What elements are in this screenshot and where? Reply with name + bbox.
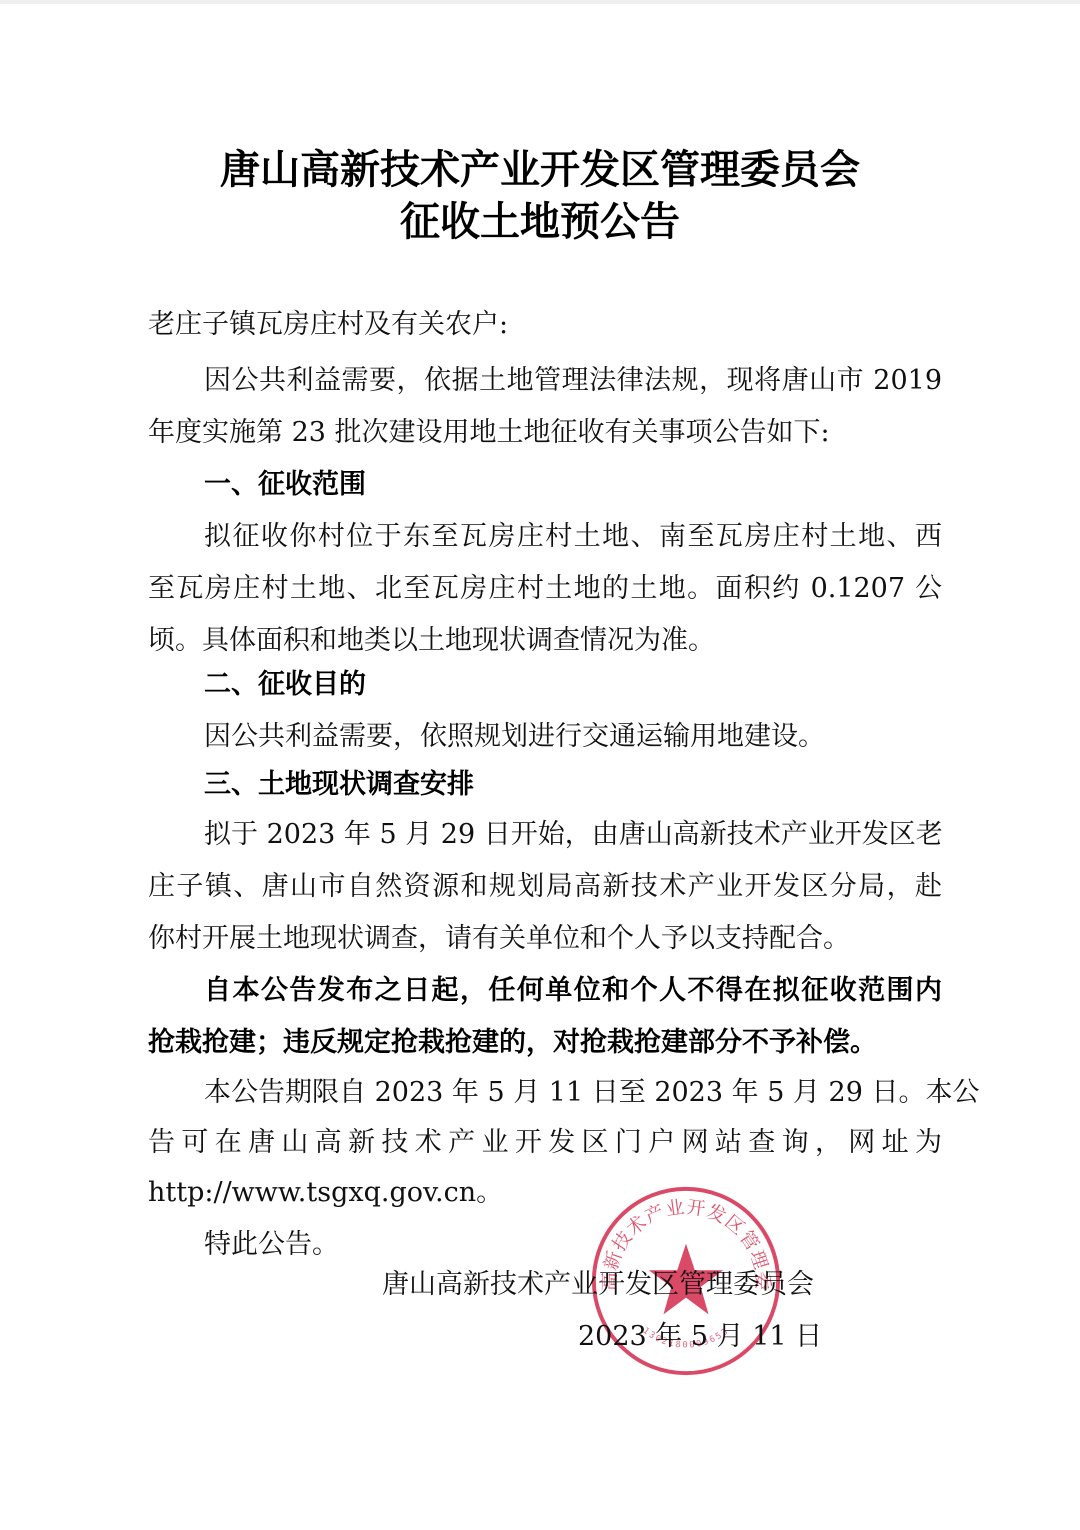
top-edge	[0, 0, 1080, 4]
section-heading-scope: 一、征收范围	[204, 462, 366, 501]
period-line-2: 告可在唐山高新技术产业开发区门户网站查询，网址为	[148, 1120, 942, 1159]
website-url[interactable]: http://www.tsgxq.gov.cn。	[148, 1170, 503, 1209]
document-subtitle: 征收土地预公告	[0, 190, 1080, 247]
scope-line-1: 拟征收你村位于东至瓦房庄村土地、南至瓦房庄村土地、西	[148, 514, 942, 553]
survey-line-2: 庄子镇、唐山市自然资源和规划局高新技术产业开发区分局，赴	[148, 864, 942, 903]
survey-line-1: 拟于 2023 年 5 月 29 日开始，由唐山高新技术产业开发区老	[148, 812, 942, 851]
issuer-signature: 唐山高新技术产业开发区管理委员会	[382, 1262, 814, 1301]
warning-line-2: 抢栽抢建；违反规定抢栽抢建的，对抢栽抢建部分不予补偿。	[148, 1020, 877, 1059]
section-heading-purpose: 二、征收目的	[204, 662, 366, 701]
period-line-1: 本公告期限自 2023 年 5 月 11 日至 2023 年 5 月 29 日。…	[148, 1070, 942, 1109]
issue-date: 2023 年 5 月 11 日	[578, 1314, 822, 1353]
document-title: 唐山高新技术产业开发区管理委员会	[0, 138, 1080, 195]
intro-line-2: 年度实施第 23 批次建设用地土地征收有关事项公告如下:	[148, 410, 830, 449]
scope-line-2: 至瓦房庄村土地、北至瓦房庄村土地的土地。面积约 0.1207 公	[148, 566, 942, 605]
section-heading-survey: 三、土地现状调查安排	[204, 762, 474, 801]
intro-line-1: 因公共利益需要，依据土地管理法律法规，现将唐山市 2019	[148, 358, 942, 397]
purpose-line-1: 因公共利益需要，依照规划进行交通运输用地建设。	[204, 714, 825, 753]
scope-line-3: 顷。具体面积和地类以土地现状调查情况为准。	[148, 618, 715, 657]
warning-line-1: 自本公告发布之日起，任何单位和个人不得在拟征收范围内	[148, 968, 942, 1007]
closing-text: 特此公告。	[204, 1222, 339, 1261]
salutation: 老庄子镇瓦房庄村及有关农户:	[148, 302, 508, 341]
survey-line-3: 你村开展土地现状调查，请有关单位和个人予以支持配合。	[148, 916, 850, 955]
